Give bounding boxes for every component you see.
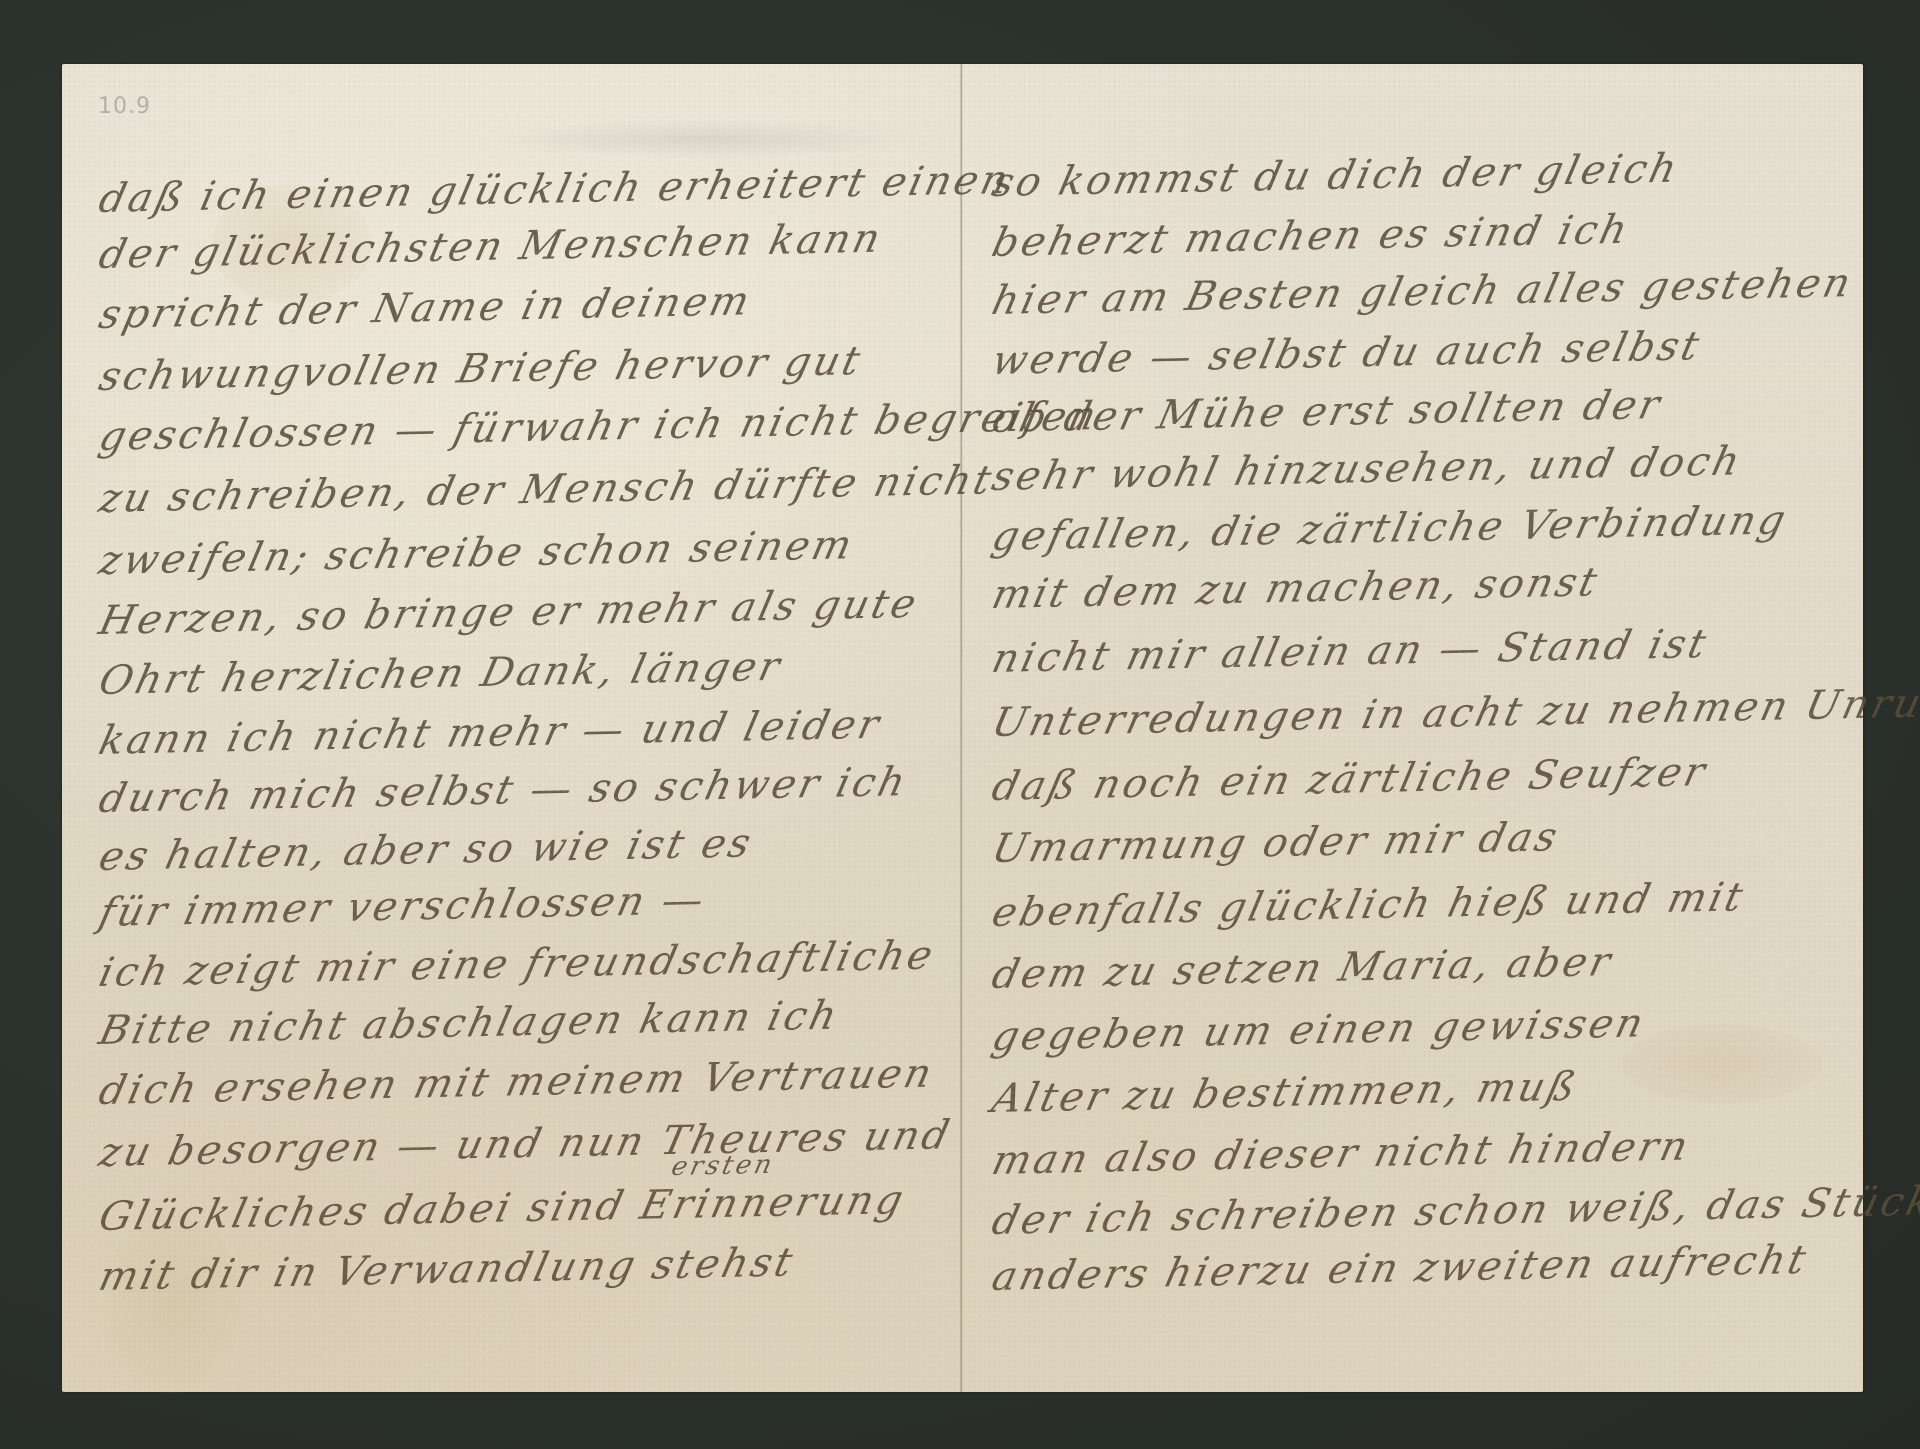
handwritten-line: ob der Mühe erst sollten der [988,382,1667,442]
handwritten-line: dem zu setzen Maria, aber [988,939,1618,998]
handwritten-line: Bitte nicht abschlagen kann ich [95,993,844,1054]
handwritten-line: Alter zu bestimmen, muß [988,1064,1583,1122]
left-page: daß ich einen glücklich erheitert einen … [62,64,960,1392]
handwritten-line: Glückliches dabei sind Erinnerung [95,1177,911,1240]
handwritten-line: nicht mir allein an — Stand ist [988,621,1713,682]
handwritten-line: werde — selbst du auch selbst [988,323,1706,384]
handwritten-line: man also dieser nicht hindern [988,1123,1695,1184]
handwritten-line: mit dir in Verwandlung stehst [95,1240,800,1300]
handwritten-line: hier am Besten gleich alles gestehen [988,260,1858,324]
handwritten-line: zu schreiben, der Mensch dürfte nicht [95,457,999,522]
handwritten-line: schwungvollen Briefe hervor gut [95,338,867,400]
handwritten-line: beherzt machen es sind ich [988,207,1635,266]
handwritten-line: der glücklichsten Menschen kann [95,216,888,278]
handwritten-line: gegeben um einen gewissen [988,1000,1651,1060]
handwritten-line: Unterredungen in acht zu nehmen Unruhig [988,679,1920,746]
handwritten-line: mit dem zu machen, sonst [988,559,1604,618]
handwritten-line: ich zeigt mir eine freundschaftliche [95,933,940,996]
handwritten-line: Ohrt herzlichen Dank, länger [95,644,787,704]
handwritten-line: spricht der Name in deinem [95,278,757,338]
handwritten-line: dich ersehen mit meinem Vertrauen [95,1051,939,1114]
handwritten-line: sehr wohl hinzusehen, und doch [988,438,1747,500]
right-page: so kommst du dich der gleich beherzt mac… [963,64,1863,1392]
handwritten-line: daß ich einen glücklich erheitert einen [95,157,1016,222]
handwritten-line: gefallen, die zärtliche Verbindung [988,497,1793,560]
handwritten-line: der ich schreiben schon weiß, das Stück [988,1178,1920,1244]
handwritten-line: für immer verschlossen — [95,877,711,936]
handwritten-line: Umarmung oder mir das [988,814,1564,872]
handwritten-line: zu besorgen — und nun Theures und [95,1112,957,1176]
handwritten-line: daß noch ein zärtliche Seufzer [988,749,1712,810]
handwritten-line: es halten, aber so wie ist es [95,820,758,880]
handwritten-line: so kommst du dich der gleich [988,146,1684,206]
handwritten-line: zweifeln; schreibe schon seinem [95,522,859,584]
insertion-above-line: ersten [669,1150,778,1182]
handwritten-line: ebenfalls glücklich hieß und mit [988,874,1750,936]
handwritten-line: anders hierzu ein zweiten aufrecht [988,1237,1813,1300]
letter-sheet: 10.9 daß ich einen glücklich erheitert e… [62,64,1863,1392]
handwritten-line: geschlossen — fürwahr ich nicht begreife… [95,393,1104,460]
handwritten-line: kann ich nicht mehr — und leider [95,702,886,764]
handwritten-line: Herzen, so bringe er mehr als gute [95,581,923,644]
handwritten-line: durch mich selbst — so schwer ich [95,759,913,822]
